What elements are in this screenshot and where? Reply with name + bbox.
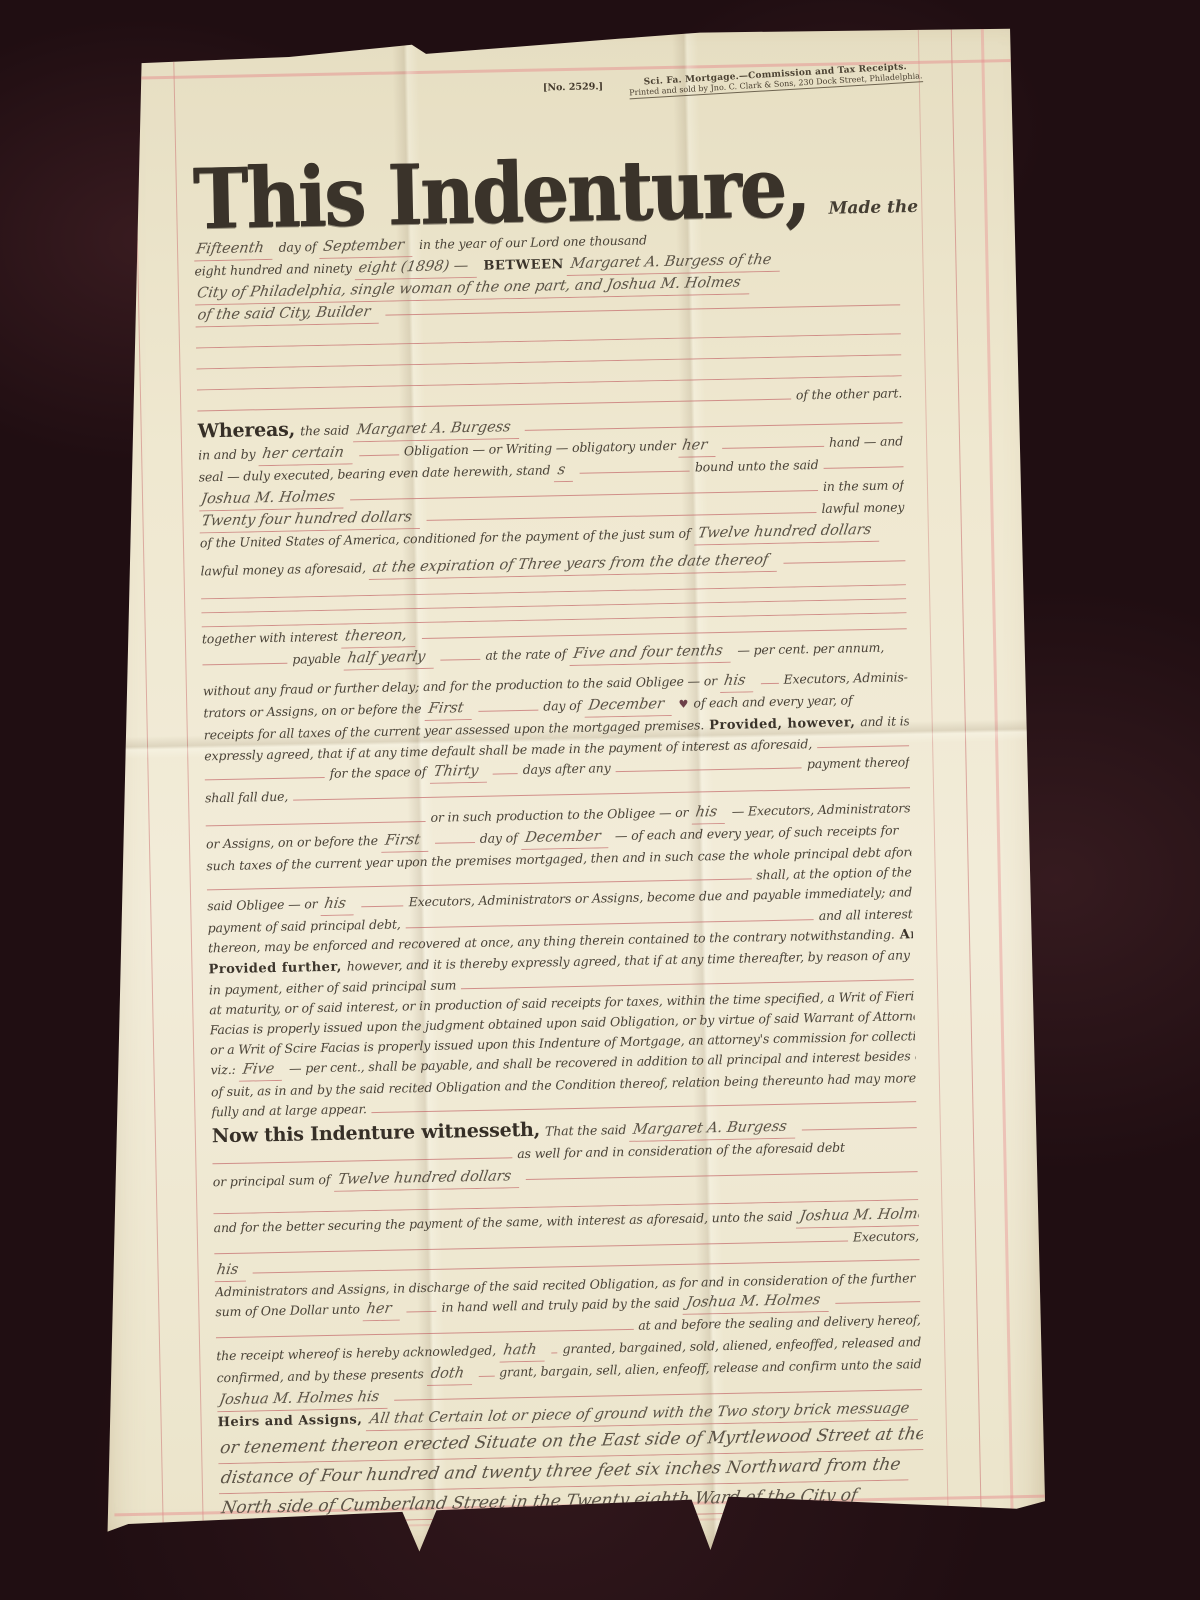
printed-text: and all interest: [819, 904, 913, 926]
left-margin-rule-1: [133, 37, 165, 1562]
handwritten-text: December: [584, 694, 675, 718]
ruled-blank: [440, 646, 480, 661]
printed-text: lawful money: [821, 497, 904, 519]
ruled-blank: [435, 829, 475, 844]
printed-text: payment thereof: [807, 752, 910, 774]
document-paper-surface: [No. 2529.] Sci. Fa. Mortgage.—Commissio…: [85, 19, 1060, 1563]
ink-blot: ♥: [678, 695, 688, 715]
handwritten-text: September: [320, 235, 416, 259]
printed-text: shall fall due,: [205, 787, 288, 809]
printed-heading-text: Now this Indenture witnesseth,: [212, 1120, 541, 1147]
ruled-blank: [615, 754, 802, 772]
printed-text: day of: [543, 696, 581, 717]
printed-text: That the said: [545, 1120, 627, 1142]
ruled-blank: [783, 547, 905, 563]
printed-text: said Obligee — or: [207, 894, 318, 916]
printed-text: of each and every year, of: [693, 690, 852, 713]
ruled-blank: [760, 670, 779, 684]
printed-text: days after any: [523, 758, 611, 780]
title-suffix: Made the: [828, 197, 918, 219]
printed-bold-text: Provided further,: [208, 958, 342, 981]
handwritten-text: Joshua M. Holmes his: [217, 1387, 391, 1412]
printed-bold-text: Heirs and Assigns,: [217, 1410, 362, 1433]
printed-text: the receipt whereof is hereby acknowledg…: [216, 1341, 496, 1367]
handwritten-text: thereon,: [341, 625, 418, 649]
handwritten-text: First: [381, 830, 431, 853]
ruled-blank: [361, 892, 404, 907]
ruled-blank: [817, 732, 909, 748]
ruled-blank: [835, 1288, 920, 1304]
handwritten-text: Joshua M. Holmes: [796, 1204, 919, 1228]
handwritten-text: Twenty four hundred dollars: [199, 507, 423, 533]
ruled-blank: [204, 764, 324, 780]
handwritten-text: his: [720, 670, 757, 693]
printed-text: or principal sum of: [213, 1170, 331, 1192]
handwritten-text: his: [321, 893, 358, 916]
printed-text: or in such production to the Obligee — o…: [430, 803, 688, 828]
handwritten-text: Five: [239, 1059, 286, 1082]
handwritten-text: December: [521, 826, 612, 850]
handwritten-text: Twelve hundred dollars: [694, 520, 883, 546]
printed-text: day of: [480, 828, 518, 849]
handwritten-text: of the said City, Builder: [195, 302, 382, 328]
ruled-blank: [493, 760, 518, 774]
handwritten-text: Joshua M. Holmes: [199, 486, 347, 511]
printed-text: together with interest: [202, 627, 338, 650]
printed-bold-text: And: [899, 925, 913, 946]
handwritten-text: s: [554, 460, 577, 482]
printed-bold-text: BETWEEN: [483, 255, 564, 277]
document-lines: Fifteenthday ofSeptemberin the year of o…: [194, 225, 925, 1524]
printed-text: lawful money as aforesaid,: [200, 558, 366, 581]
printed-text: for the space of: [329, 762, 426, 784]
handwritten-text: Five and four tenths: [569, 641, 734, 666]
handwritten-text: Fifteenth: [194, 238, 275, 262]
printed-text: Executors, Adminis-: [783, 667, 908, 689]
right-margin-rule-1: [918, 21, 950, 1546]
printed-text: — Executors, Administrators: [732, 798, 911, 822]
printed-text: trators or Assigns, on or before the: [203, 699, 421, 723]
document-content: [No. 2529.] Sci. Fa. Mortgage.—Commissio…: [191, 67, 925, 1524]
printed-text: viz.:: [210, 1060, 235, 1080]
printed-text: and it is thereby: [860, 711, 909, 732]
handwritten-text: Thirty: [429, 761, 489, 784]
printed-text: hand — and: [829, 431, 903, 452]
handwritten-text: hath: [499, 1340, 548, 1363]
handwritten-text: her certain: [259, 442, 356, 466]
handwritten-text: her: [679, 435, 719, 458]
printed-text: sum of One Dollar unto: [215, 1299, 360, 1322]
printed-text: fully and at large appear.: [211, 1099, 367, 1122]
handwritten-text: doth: [427, 1363, 476, 1386]
document-paper: [No. 2529.] Sci. Fa. Mortgage.—Commissio…: [100, 28, 1045, 1553]
printed-text: in hand well and truly paid by the said: [441, 1293, 679, 1318]
right-margin-rule-3: [981, 20, 1015, 1545]
handwritten-text: his: [214, 1260, 249, 1283]
handwritten-text: his: [692, 802, 729, 825]
ruled-blank: [478, 697, 538, 712]
handwritten-text: Twelve hundred dollars: [334, 1166, 523, 1192]
handwritten-text: First: [425, 698, 475, 721]
printed-text: the said: [300, 420, 350, 441]
printed-text: at the rate of: [485, 644, 566, 666]
printed-text: — of each and every year, of such receip…: [615, 820, 899, 846]
ruled-blank: [479, 1363, 495, 1377]
handwritten-text: Margaret A. Burgess: [353, 417, 522, 442]
printed-text: eight hundred and ninety: [194, 258, 352, 281]
ruled-blank: [197, 386, 791, 412]
handwritten-text: Joshua M. Holmes: [683, 1290, 832, 1315]
handwritten-text: Margaret A. Burgess: [630, 1117, 799, 1142]
handwritten-text: eight (1898) —: [355, 256, 480, 281]
ruled-blank: [406, 1298, 436, 1313]
ruled-blank: [525, 409, 903, 431]
printed-text: Executors,: [853, 1226, 919, 1247]
ruled-blank: [823, 453, 903, 469]
ruled-blank: [580, 458, 690, 474]
printed-text: or Assigns, on or before the: [206, 831, 378, 854]
ruled-blank: [722, 433, 824, 449]
printed-text: in and by: [198, 444, 256, 465]
handwritten-text: her: [363, 1298, 403, 1321]
ruled-blank: [551, 1339, 558, 1353]
printed-text: bound unto the said: [695, 455, 819, 477]
ruled-blank: [802, 1114, 917, 1130]
ruled-blank: [205, 808, 425, 826]
printed-text: confirmed, and by these presents: [217, 1364, 424, 1388]
printed-text: — per cent. per annum,: [737, 638, 884, 661]
printed-heading-text: Whereas,: [198, 419, 296, 441]
ruled-blank: [202, 650, 287, 666]
handwritten-text: half yearly: [344, 647, 437, 671]
printed-text: of the other part.: [796, 383, 903, 405]
form-number: [No. 2529.]: [543, 73, 604, 93]
document-title: This Indenture,: [192, 148, 809, 239]
printed-text: in the sum of: [823, 475, 904, 497]
right-margin-rule-2: [951, 20, 983, 1545]
printed-text: payable: [292, 649, 341, 670]
printed-text: at and before the sealing and delivery h…: [638, 1310, 921, 1336]
ruled-blank: [359, 441, 399, 456]
title-row: This Indenture, Made the: [191, 103, 898, 239]
